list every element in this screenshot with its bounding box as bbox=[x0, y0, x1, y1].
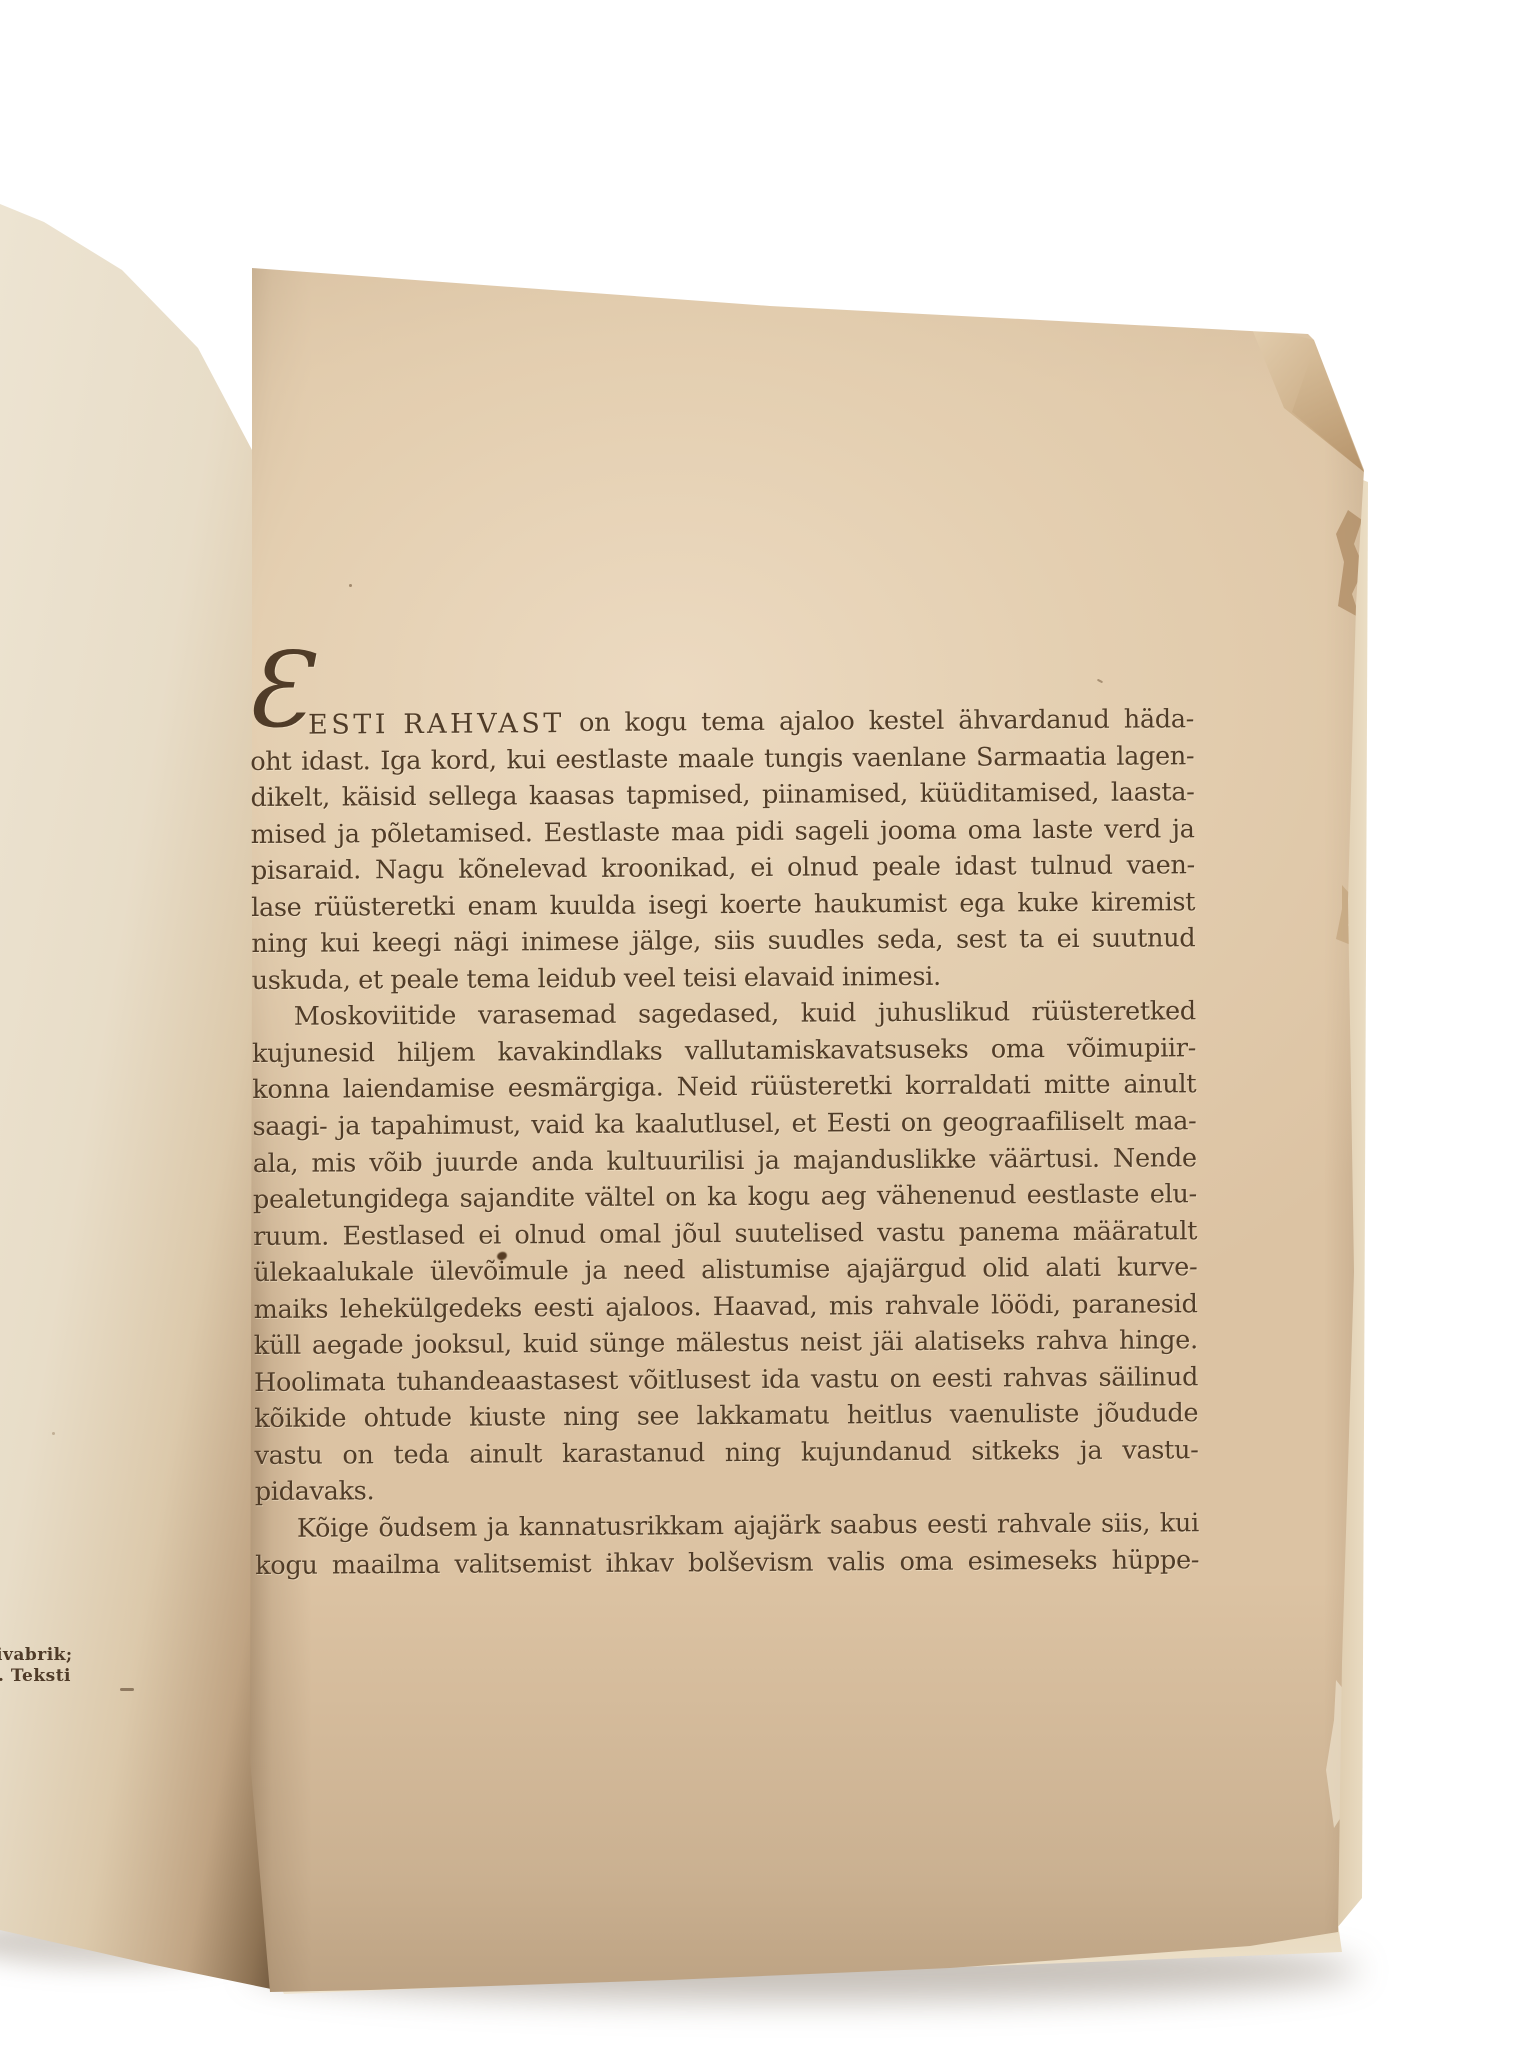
text-line: dikelt,käisidsellegakaasastapmised,piina… bbox=[250, 777, 1194, 819]
word: ülevõimule bbox=[430, 1256, 569, 1287]
word: rahvas bbox=[1003, 1363, 1088, 1394]
word: ESTI bbox=[308, 709, 389, 740]
word: vastu- bbox=[1122, 1435, 1198, 1465]
word: omal bbox=[599, 1219, 661, 1249]
word: õudsem bbox=[378, 1513, 477, 1544]
word: vaen- bbox=[1127, 850, 1195, 880]
word: piinamised, bbox=[762, 779, 908, 810]
word: kujundanud bbox=[801, 1437, 952, 1468]
word: ähvardanud bbox=[958, 705, 1109, 736]
text-line: Kõigeõudsemjakannatusrikkamajajärksaabus… bbox=[255, 1508, 1199, 1550]
word: kui bbox=[320, 929, 359, 959]
word: jooma bbox=[880, 815, 957, 845]
word: rahva bbox=[1036, 1326, 1108, 1356]
word: geograafiliselt bbox=[942, 1107, 1124, 1138]
word: ka bbox=[707, 1182, 737, 1212]
word: rahvale bbox=[885, 1290, 980, 1321]
word: tapmised, bbox=[626, 780, 750, 811]
word: on bbox=[901, 1108, 932, 1138]
word: küüditamised, bbox=[920, 778, 1099, 809]
word: peale bbox=[872, 852, 941, 882]
word: rüüsteretked bbox=[1031, 997, 1195, 1028]
word: Eestlased bbox=[342, 1220, 464, 1251]
word: et bbox=[358, 965, 383, 995]
text-line: ülekaalukaleülevõimulejaneedalistumiseaj… bbox=[253, 1252, 1197, 1294]
word: ka bbox=[595, 1110, 625, 1140]
word: Hoolimata bbox=[254, 1367, 386, 1398]
word: mis bbox=[829, 1291, 874, 1321]
word: kuke bbox=[1017, 888, 1078, 918]
word: kõikide bbox=[254, 1404, 346, 1435]
word: ja bbox=[1080, 1436, 1103, 1466]
word: ihkav bbox=[606, 1548, 674, 1578]
word: ei bbox=[750, 853, 773, 883]
text-line: Hoolimatatuhandeaastasestvõitlusestidava… bbox=[254, 1362, 1198, 1404]
word: see bbox=[637, 1402, 680, 1432]
paper-speck bbox=[349, 584, 352, 587]
word: käisid bbox=[342, 782, 417, 812]
word: maa bbox=[671, 817, 725, 847]
word: rüüsteretki bbox=[314, 891, 455, 922]
word: saagi- bbox=[252, 1112, 327, 1142]
word: idast. bbox=[301, 746, 371, 776]
word: pealetungidega bbox=[253, 1184, 449, 1215]
word: ei bbox=[1057, 924, 1080, 954]
word: teisi bbox=[683, 963, 736, 993]
word: ei bbox=[478, 1220, 501, 1250]
word: Eesti bbox=[827, 1108, 891, 1138]
word: aegade bbox=[312, 1330, 404, 1361]
word: kaasas bbox=[529, 781, 615, 812]
word: laasta- bbox=[1111, 777, 1195, 808]
word: karastanud bbox=[562, 1438, 705, 1469]
word: kui bbox=[506, 745, 545, 775]
word: kroonikad, bbox=[601, 853, 736, 884]
word: võib bbox=[369, 1148, 422, 1178]
word: juhuslikud bbox=[878, 998, 1010, 1029]
word: ohtude bbox=[364, 1403, 452, 1434]
word: eesti bbox=[533, 1293, 593, 1323]
word: eestlaste bbox=[1027, 1180, 1140, 1211]
word: hiljem bbox=[397, 1038, 475, 1068]
word: oma bbox=[991, 1034, 1045, 1064]
word: pidavaks. bbox=[255, 1477, 375, 1508]
word: eesmärgiga. bbox=[508, 1073, 664, 1104]
word: kultuurilisi bbox=[606, 1146, 744, 1177]
word: eesti bbox=[927, 1510, 987, 1540]
word: suutnud bbox=[1092, 924, 1195, 955]
word: jõudude bbox=[1096, 1399, 1198, 1430]
word: panema bbox=[959, 1217, 1060, 1248]
word: vaenlane bbox=[853, 742, 967, 773]
word: vastu bbox=[254, 1441, 322, 1471]
word: ajaloo bbox=[779, 706, 855, 736]
word: vaenuliste bbox=[950, 1399, 1079, 1430]
word: kogu bbox=[255, 1550, 318, 1580]
word: Iga bbox=[380, 746, 421, 776]
word: vaid bbox=[531, 1110, 584, 1140]
text-line: ala,misvõibjuurdeandakultuurilisijamajan… bbox=[253, 1143, 1197, 1185]
word: mälestus bbox=[676, 1328, 789, 1359]
word: mitte bbox=[1044, 1070, 1111, 1100]
word: inimesi. bbox=[842, 962, 941, 993]
text-line: kogumaailmavalitsemistihkavbolševismvali… bbox=[255, 1545, 1199, 1587]
word: rüüsteretki bbox=[751, 1072, 892, 1103]
word: ning bbox=[563, 1402, 619, 1432]
word: lakkamatu bbox=[697, 1401, 830, 1432]
word: löödi, bbox=[991, 1290, 1061, 1320]
word: vastu bbox=[811, 1364, 879, 1394]
word: eestlaste bbox=[555, 744, 668, 775]
word: need bbox=[623, 1256, 685, 1286]
word: Eestlaste bbox=[544, 817, 660, 848]
word: juurde bbox=[435, 1147, 518, 1178]
word: kavakindlaks bbox=[497, 1036, 662, 1067]
word: kujunesid bbox=[252, 1038, 375, 1069]
word: laste bbox=[1033, 814, 1093, 844]
word: valitsemist bbox=[454, 1549, 591, 1580]
word: ainult bbox=[469, 1439, 542, 1469]
word: valis bbox=[828, 1547, 886, 1577]
word: seda, bbox=[877, 925, 943, 955]
word: mis bbox=[311, 1148, 356, 1178]
word: aeg bbox=[821, 1181, 867, 1211]
left-page bbox=[0, 198, 276, 1998]
word: alatiseks bbox=[914, 1327, 1025, 1358]
word: siis bbox=[714, 926, 755, 956]
text-line: pidavaks. bbox=[255, 1472, 1199, 1514]
word: eesti bbox=[932, 1363, 992, 1393]
word: lagen- bbox=[1116, 741, 1194, 771]
word: ida bbox=[761, 1364, 800, 1394]
word: saabus bbox=[830, 1510, 918, 1541]
word: kogu bbox=[625, 707, 688, 737]
word: kiuste bbox=[469, 1403, 546, 1433]
word: Sarmaatia bbox=[976, 741, 1107, 772]
word: tema bbox=[701, 707, 765, 737]
word: haukumist bbox=[814, 888, 947, 919]
word: tema bbox=[466, 964, 530, 994]
text-line: ningkuikeeginägiinimesejälge,siissuudles… bbox=[251, 924, 1195, 966]
word: keegi bbox=[372, 928, 441, 958]
word: koerte bbox=[720, 889, 802, 919]
word: pisaraid. bbox=[251, 856, 361, 887]
word: kõnelevad bbox=[458, 854, 587, 885]
word: korraldati bbox=[905, 1071, 1031, 1102]
word: laiendamise bbox=[343, 1074, 495, 1105]
word: vältel bbox=[585, 1183, 655, 1213]
paper-speck bbox=[52, 1432, 55, 1435]
word: on bbox=[665, 1182, 696, 1212]
word: kuid bbox=[801, 999, 856, 1029]
word: peale bbox=[390, 965, 459, 995]
word: ülekaalukale bbox=[253, 1257, 414, 1288]
word: Kõige bbox=[297, 1513, 369, 1543]
word: tungis bbox=[764, 743, 843, 773]
word: majanduslikke bbox=[793, 1144, 976, 1175]
word: suudles bbox=[768, 926, 865, 957]
word: mised bbox=[251, 819, 327, 849]
word: ta bbox=[1019, 924, 1044, 954]
text-line: Moskoviitidevarasemadsagedased,kuidjuhus… bbox=[252, 997, 1196, 1039]
word: Neid bbox=[677, 1072, 738, 1102]
word: võitlusest bbox=[629, 1365, 750, 1396]
word: ning bbox=[251, 929, 307, 959]
word: RAHVAST bbox=[403, 708, 565, 740]
word: vastu bbox=[877, 1217, 945, 1247]
word: enam bbox=[468, 891, 538, 921]
word: on bbox=[342, 1440, 373, 1470]
word: lehekülgedeks bbox=[340, 1293, 522, 1324]
word: oma bbox=[968, 815, 1022, 845]
text-line: kõikideohtudekiusteningseelakkamatuheitl… bbox=[254, 1399, 1198, 1441]
word: jõul bbox=[674, 1219, 721, 1249]
word: on bbox=[579, 708, 610, 738]
word: kestel bbox=[869, 706, 945, 736]
paper-speck bbox=[120, 1688, 134, 1691]
word: ajaloos. bbox=[605, 1292, 701, 1323]
word: pidi bbox=[736, 816, 784, 846]
word: neist bbox=[800, 1328, 862, 1358]
word: kiremist bbox=[1091, 887, 1195, 918]
word: paranesid bbox=[1072, 1289, 1197, 1320]
text-line: saagi-jatapahimust,vaidkakaalutlusel,etE… bbox=[252, 1106, 1196, 1148]
word: hüppe- bbox=[1112, 1545, 1200, 1576]
word: kuid bbox=[523, 1329, 578, 1359]
word: Moskoviitide bbox=[294, 1001, 456, 1032]
text-line: maikslehekülgedekseestiajaloos.Haavad,mi… bbox=[254, 1289, 1198, 1331]
text-line: kujunesidhiljemkavakindlaksvallutamiskav… bbox=[252, 1033, 1196, 1075]
word: jäi bbox=[873, 1327, 904, 1357]
word: väärtusi. bbox=[989, 1143, 1100, 1174]
word: ja bbox=[757, 1145, 780, 1175]
word: Nagu bbox=[375, 855, 444, 885]
word: vallutamiskavatsuseks bbox=[685, 1035, 969, 1067]
word: Nende bbox=[1113, 1143, 1197, 1174]
text-line: ESTIRAHVASTonkogutemaajalookestelähvarda… bbox=[250, 704, 1194, 746]
word: ja bbox=[337, 819, 360, 849]
word: suutelised bbox=[735, 1218, 864, 1249]
word: nägi bbox=[453, 928, 508, 958]
word: elu- bbox=[1150, 1179, 1197, 1209]
word: sageli bbox=[795, 816, 869, 846]
word: hinge. bbox=[1119, 1326, 1198, 1356]
word: jooksul, bbox=[414, 1330, 512, 1361]
word: säilinud bbox=[1098, 1362, 1198, 1393]
word: varasemad bbox=[478, 1000, 616, 1031]
word: esimeseks bbox=[968, 1545, 1098, 1576]
page-text-block: ESTIRAHVASTonkogutemaajalookestelähvarda… bbox=[250, 704, 1199, 1587]
word: vähenenud bbox=[877, 1180, 1016, 1211]
text-line: küllaegadejooksul,kuidsüngemälestusneist… bbox=[254, 1326, 1198, 1368]
word: sünge bbox=[589, 1329, 665, 1359]
word: kurve- bbox=[1117, 1252, 1198, 1282]
word: kui bbox=[1160, 1508, 1199, 1538]
word: ajajärk bbox=[733, 1511, 820, 1542]
word: olnud bbox=[787, 852, 858, 882]
text-line: ohtidast.Igakord,kuieestlastemaaletungis… bbox=[250, 741, 1194, 783]
word: tulnud bbox=[1030, 851, 1112, 882]
word: kuulda bbox=[550, 890, 636, 921]
word: rahvale bbox=[997, 1509, 1092, 1540]
text-line: laserüüsteretkienamkuuldaisegikoertehauk… bbox=[251, 887, 1195, 929]
word: anda bbox=[531, 1146, 593, 1176]
word: verd bbox=[1104, 814, 1161, 844]
word: on bbox=[890, 1364, 921, 1394]
word: veel bbox=[624, 963, 676, 993]
word: häda- bbox=[1124, 704, 1194, 734]
word: ja bbox=[487, 1512, 510, 1542]
word: kogu bbox=[748, 1182, 811, 1212]
word: kord, bbox=[431, 745, 497, 775]
word: sitkeks bbox=[971, 1436, 1060, 1467]
word: heitlus bbox=[847, 1400, 933, 1431]
text-line: pisaraid.Nagukõnelevadkroonikad,eiolnudp… bbox=[251, 850, 1195, 892]
word: isegi bbox=[648, 890, 707, 920]
word: kaalutlusel, bbox=[635, 1109, 781, 1140]
word: Haavad, bbox=[713, 1291, 818, 1322]
word: sagedased, bbox=[638, 999, 779, 1030]
word: leidub bbox=[538, 964, 617, 994]
left-page-fragment: ivabrik; . Teksti bbox=[0, 1645, 73, 1687]
word: maailma bbox=[332, 1549, 440, 1580]
fragment-line: ivabrik; bbox=[0, 1645, 73, 1666]
word: määratult bbox=[1073, 1216, 1198, 1247]
word: ning bbox=[725, 1438, 781, 1468]
book-photo: Ɛ ESTIRAHVASTonkogutemaajalookestelähvar… bbox=[0, 0, 1536, 2048]
word: lase bbox=[251, 892, 302, 922]
word: dikelt, bbox=[250, 783, 330, 813]
word: olnud bbox=[514, 1220, 585, 1250]
word: küll bbox=[254, 1331, 301, 1361]
word: ajajärgud bbox=[846, 1254, 966, 1285]
word: jälge, bbox=[632, 927, 701, 957]
text-line: vastuontedaainultkarastanudningkujundanu… bbox=[254, 1435, 1198, 1477]
word: inimese bbox=[521, 927, 619, 958]
word: ja bbox=[1172, 814, 1195, 844]
word: teda bbox=[394, 1440, 450, 1470]
word: idast bbox=[955, 852, 1017, 882]
word: sellega bbox=[428, 781, 517, 812]
word: ruum. bbox=[253, 1221, 329, 1251]
word: maale bbox=[678, 743, 755, 773]
word: maa- bbox=[1134, 1106, 1196, 1136]
fragment-line: . Teksti bbox=[0, 1666, 73, 1687]
word: maiks bbox=[254, 1294, 329, 1324]
text-line: ruum.Eestlasedeiolnudomaljõulsuutelisedv… bbox=[253, 1216, 1197, 1258]
word: tuhandeaastasest bbox=[396, 1366, 618, 1397]
word: alistumise bbox=[701, 1255, 830, 1286]
word: olid bbox=[982, 1253, 1029, 1283]
word: oht bbox=[250, 746, 291, 776]
word: põletamised. bbox=[371, 818, 533, 849]
word: alati bbox=[1045, 1253, 1101, 1283]
word: sajandite bbox=[460, 1183, 575, 1214]
word: võimupiir- bbox=[1067, 1033, 1196, 1064]
word: sest bbox=[956, 925, 1006, 955]
word: ega bbox=[959, 888, 1005, 918]
word: tapahimust, bbox=[371, 1110, 521, 1141]
word: elavaid bbox=[744, 962, 835, 993]
text-line: misedjapõletamised.Eestlastemaapidisagel… bbox=[251, 814, 1195, 856]
word: ja bbox=[585, 1256, 608, 1286]
text-line: konnalaiendamiseeesmärgiga.Neidrüüsteret… bbox=[252, 1070, 1196, 1112]
word: kannatusrikkam bbox=[519, 1511, 724, 1542]
word: ala, bbox=[253, 1148, 299, 1178]
word: bolševism bbox=[688, 1547, 813, 1578]
word: et bbox=[791, 1109, 816, 1139]
word: siis, bbox=[1101, 1509, 1150, 1539]
word: konna bbox=[252, 1075, 330, 1105]
text-line: uskuda,etpealetemaleidubveelteisielavaid… bbox=[252, 960, 1196, 1002]
word: ainult bbox=[1123, 1070, 1196, 1100]
text-line: pealetungidegasajanditevältelonkakoguaeg… bbox=[253, 1179, 1197, 1221]
word: ja bbox=[338, 1111, 361, 1141]
word: uskuda, bbox=[252, 965, 351, 996]
word: oma bbox=[899, 1546, 953, 1576]
